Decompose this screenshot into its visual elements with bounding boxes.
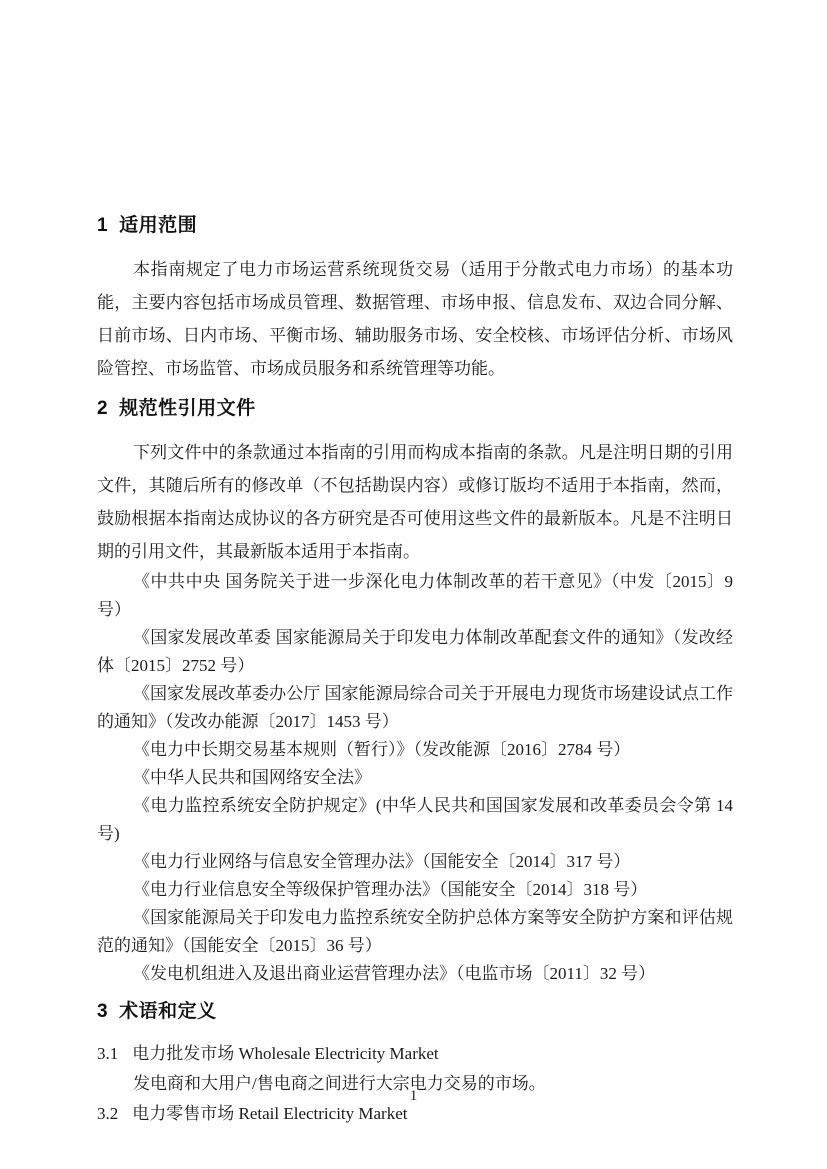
term-3-1-number: 3.1	[97, 1044, 118, 1063]
reference-item: 《国家发展改革委办公厅 国家能源局综合司关于开展电力现货市场建设试点工作的通知》…	[97, 680, 733, 736]
section-scope: 1适用范围 本指南规定了电力市场运营系统现货交易（适用于分散式电力市场）的基本功…	[97, 214, 733, 385]
term-3-1-title-line: 3.1电力批发市场 Wholesale Electricity Market	[97, 1039, 733, 1069]
section-2-title: 规范性引用文件	[119, 398, 256, 419]
reference-item: 《电力行业网络与信息安全管理办法》（国能安全〔2014〕317 号）	[97, 848, 733, 876]
reference-item: 《中华人民共和国网络安全法》	[97, 764, 733, 792]
section-3-heading: 3术语和定义	[97, 1000, 733, 1023]
page-number: 1	[0, 1087, 827, 1105]
term-3-1-title: 电力批发市场 Wholesale Electricity Market	[132, 1044, 438, 1063]
term-3-2-title: 电力零售市场 Retail Electricity Market	[132, 1104, 407, 1123]
reference-item: 《国家能源局关于印发电力监控系统安全防护总体方案等安全防护方案和评估规范的通知》…	[97, 904, 733, 960]
section-3-number: 3	[97, 1001, 108, 1022]
terms-list: 3.1电力批发市场 Wholesale Electricity Market 发…	[97, 1039, 733, 1129]
section-1-number: 1	[97, 215, 108, 236]
section-2-number: 2	[97, 398, 108, 419]
section-1-title: 适用范围	[119, 215, 197, 236]
reference-item: 《发电机组进入及退出商业运营管理办法》（电监市场〔2011〕32 号）	[97, 960, 733, 988]
reference-item: 《电力监控系统安全防护规定》(中华人民共和国国家发展和改革委员会令第 14 号)	[97, 792, 733, 848]
reference-item: 《中共中央 国务院关于进一步深化电力体制改革的若干意见》（中发〔2015〕9 号…	[97, 568, 733, 624]
section-1-paragraph: 本指南规定了电力市场运营系统现货交易（适用于分散式电力市场）的基本功能，主要内容…	[97, 253, 733, 385]
reference-item: 《电力中长期交易基本规则（暂行）》（发改能源〔2016〕2784 号）	[97, 736, 733, 764]
term-3-2-number: 3.2	[97, 1104, 118, 1123]
section-1-heading: 1适用范围	[97, 214, 733, 237]
section-3-title: 术语和定义	[119, 1001, 217, 1022]
section-normative-references: 2规范性引用文件 下列文件中的条款通过本指南的引用而构成本指南的条款。凡是注明日…	[97, 397, 733, 988]
section-2-heading: 2规范性引用文件	[97, 397, 733, 420]
section-terms-definitions: 3术语和定义 3.1电力批发市场 Wholesale Electricity M…	[97, 1000, 733, 1129]
reference-list: 《中共中央 国务院关于进一步深化电力体制改革的若干意见》（中发〔2015〕9 号…	[97, 568, 733, 988]
reference-item: 《国家发展改革委 国家能源局关于印发电力体制改革配套文件的通知》（发改经体〔20…	[97, 624, 733, 680]
document-page: 1适用范围 本指南规定了电力市场运营系统现货交易（适用于分散式电力市场）的基本功…	[0, 0, 827, 1169]
document-content: 1适用范围 本指南规定了电力市场运营系统现货交易（适用于分散式电力市场）的基本功…	[97, 0, 733, 1129]
reference-item: 《电力行业信息安全等级保护管理办法》（国能安全〔2014〕318 号）	[97, 876, 733, 904]
section-2-paragraph: 下列文件中的条款通过本指南的引用而构成本指南的条款。凡是注明日期的引用文件，其随…	[97, 436, 733, 568]
